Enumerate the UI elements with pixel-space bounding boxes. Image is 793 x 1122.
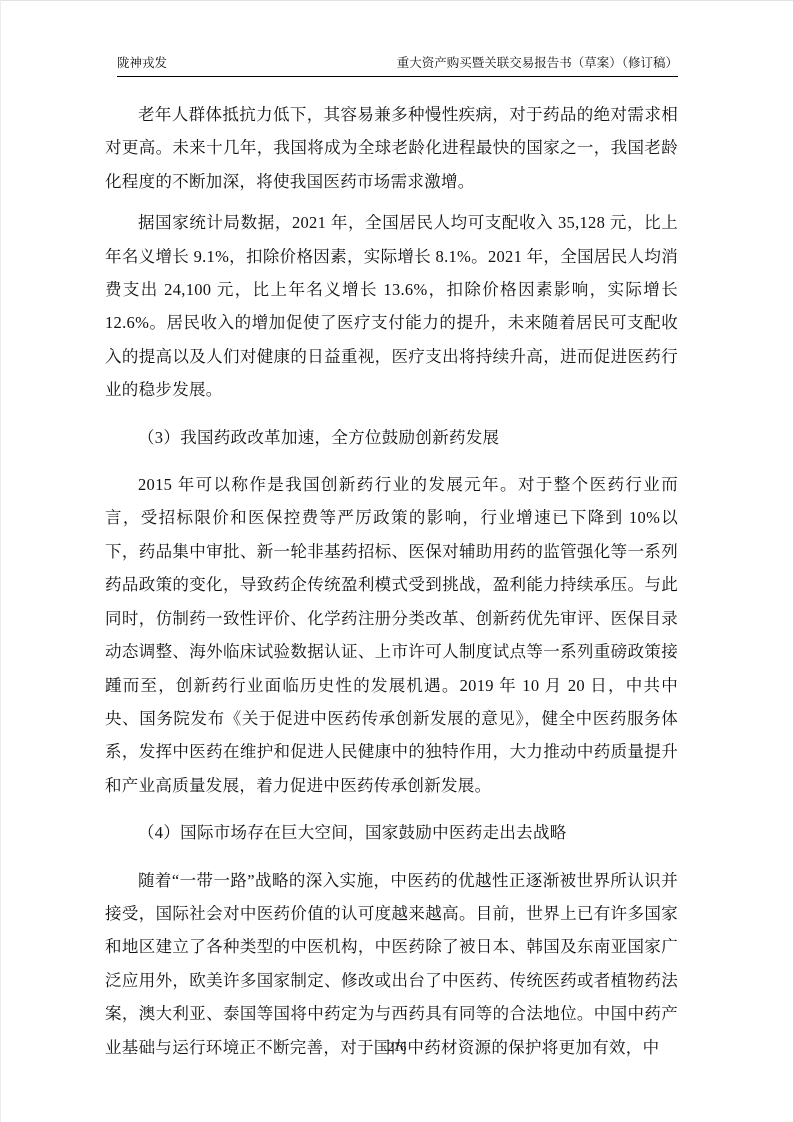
document-page: 陇神戎发 重大资产购买暨关联交易报告书（草案）（修订稿） 老年人群体抵抗力低下，… <box>0 0 793 1122</box>
page-number: 216 <box>388 1040 407 1054</box>
document-body: 老年人群体抵抗力低下，其容易兼多种慢性疾病，对于药品的绝对需求相对更高。未来十几… <box>105 90 678 1072</box>
section-heading-international-market: （4）国际市场存在巨大空间，国家鼓励中医药走出去战略 <box>105 816 678 849</box>
section-heading-drug-policy-reform: （3）我国药政改革加速，全方位鼓励创新药发展 <box>105 421 678 454</box>
page-footer: 216 <box>1 1039 793 1055</box>
paragraph-income-statistics: 据国家统计局数据，2021 年，全国居民人均可支配收入 35,128 元，比上年… <box>105 206 678 406</box>
paragraph-aging-demand: 老年人群体抵抗力低下，其容易兼多种慢性疾病，对于药品的绝对需求相对更高。未来十几… <box>105 98 678 198</box>
paragraph-tcm-international: 随着“一带一路”战略的深入实施，中医药的优越性正逐渐被世界所认识并接受，国际社会… <box>105 864 678 1064</box>
paragraph-innovation-drug-policy: 2015 年可以称作是我国创新药行业的发展元年。对于整个医药行业而言，受招标限价… <box>105 468 678 802</box>
header-company-name: 陇神戎发 <box>117 55 167 71</box>
page-header: 陇神戎发 重大资产购买暨关联交易报告书（草案）（修订稿） <box>117 55 678 77</box>
header-document-title: 重大资产购买暨关联交易报告书（草案）（修订稿） <box>397 55 678 71</box>
